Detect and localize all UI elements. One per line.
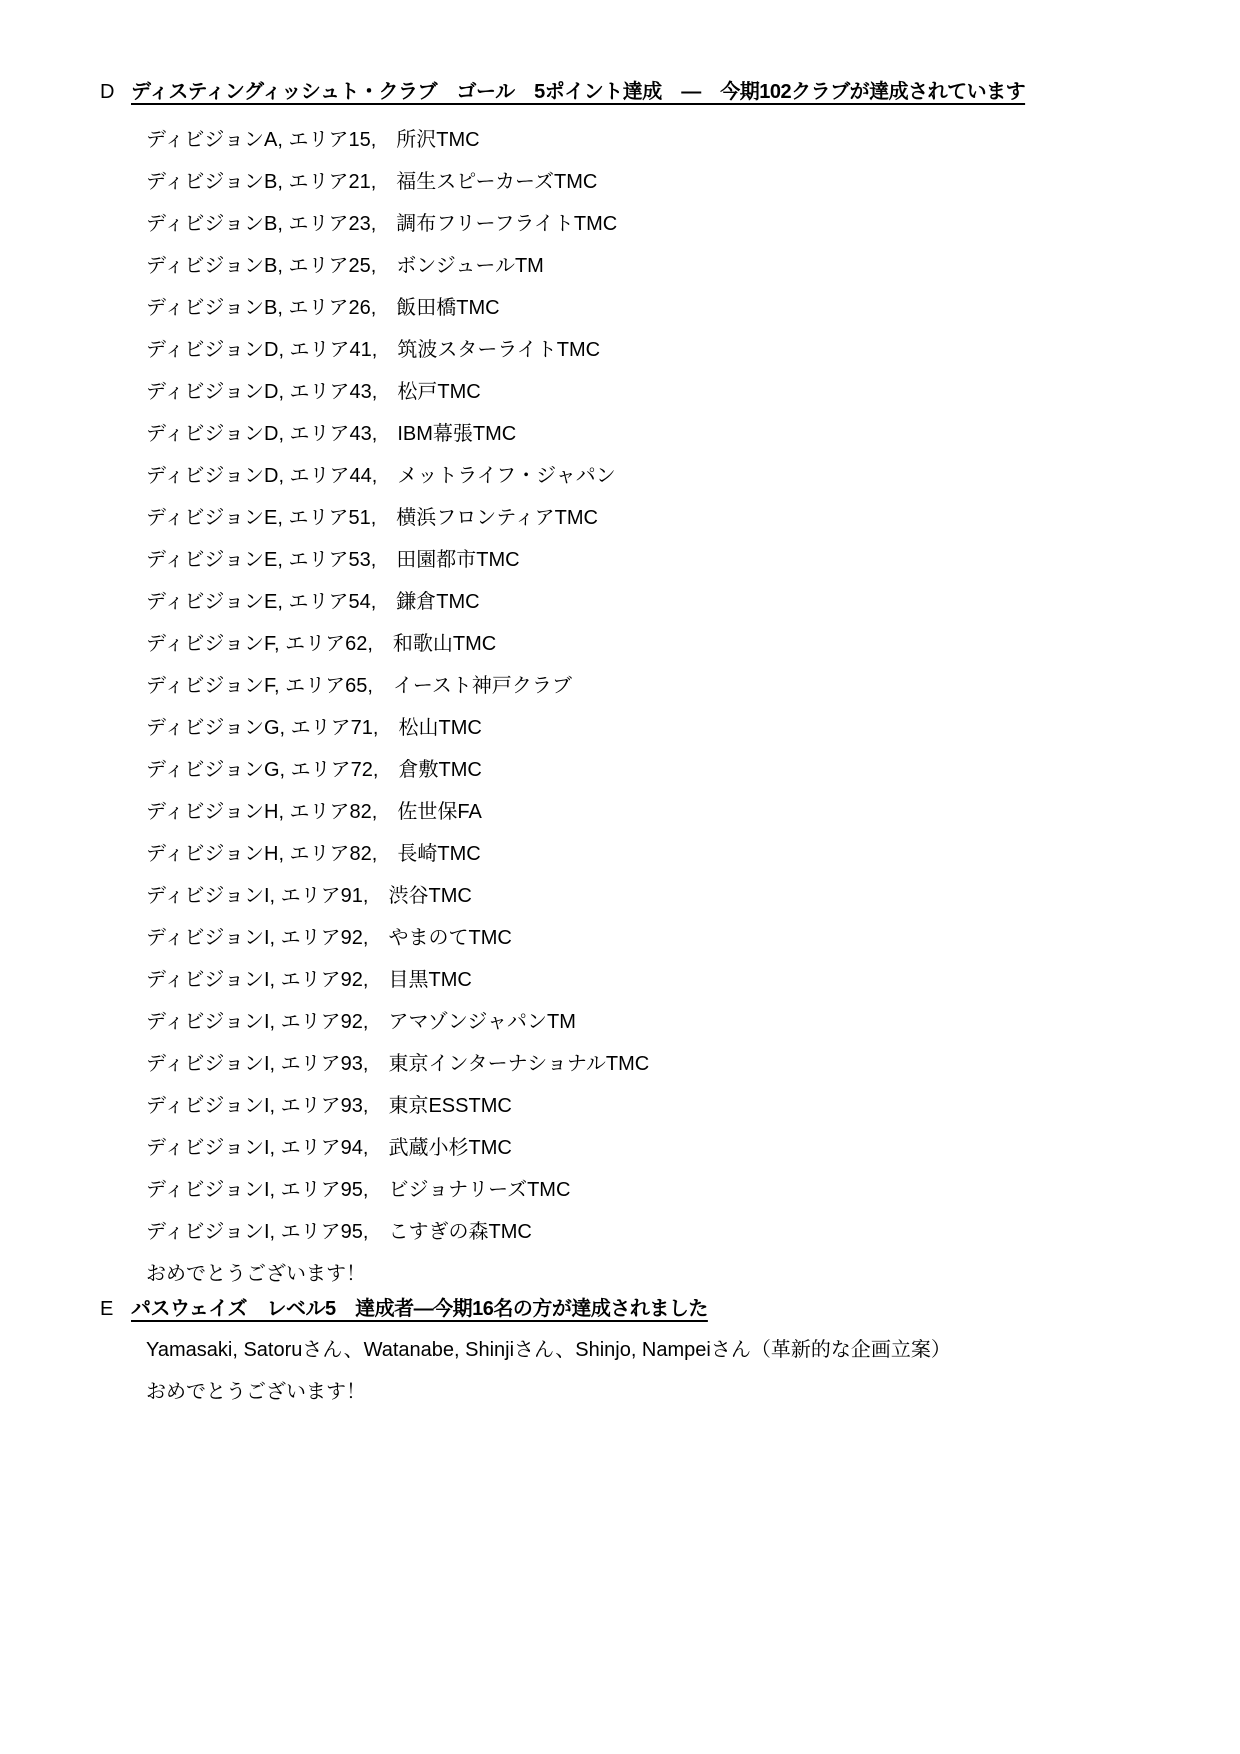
club-row: ディビジョンD, エリア41, 筑波スターライトTMC [146, 329, 1180, 371]
section-d-heading: D ディスティングィッシュト・クラブ ゴール 5ポイント達成 ― 今期102クラ… [100, 78, 1180, 106]
club-row: ディビジョンD, エリア44, メットライフ・ジャパン [146, 455, 1180, 497]
club-row: ディビジョンA, エリア15, 所沢TMC [146, 119, 1180, 161]
club-row: ディビジョンI, エリア92, アマゾンジャパンTM [146, 1001, 1180, 1043]
club-row: ディビジョンB, エリア25, ボンジュールTM [146, 245, 1180, 287]
document-page: D ディスティングィッシュト・クラブ ゴール 5ポイント達成 ― 今期102クラ… [0, 0, 1240, 1754]
club-row: ディビジョンH, エリア82, 長崎TMC [146, 833, 1180, 875]
section-d-title: ディスティングィッシュト・クラブ ゴール 5ポイント達成 ― 今期102クラブが… [131, 78, 1025, 106]
pathways-achievers: Yamasaki, Satoruさん、Watanabe, Shinjiさん、Sh… [146, 1329, 1180, 1371]
club-row: ディビジョンF, エリア62, 和歌山TMC [146, 623, 1180, 665]
section-e-title: パスウェイズ レベル5 達成者―今期16名の方が達成されました [131, 1295, 708, 1323]
club-row: ディビジョンG, エリア71, 松山TMC [146, 707, 1180, 749]
section-e: E パスウェイズ レベル5 達成者―今期16名の方が達成されました Yamasa… [100, 1295, 1180, 1413]
club-row: ディビジョンI, エリア93, 東京インターナショナルTMC [146, 1043, 1180, 1085]
club-row: ディビジョンI, エリア94, 武蔵小杉TMC [146, 1127, 1180, 1169]
section-d-label: D [100, 78, 131, 106]
club-list: ディビジョンA, エリア15, 所沢TMCディビジョンB, エリア21, 福生ス… [146, 119, 1180, 1253]
club-row: ディビジョンI, エリア92, やまのてTMC [146, 917, 1180, 959]
club-row: ディビジョンB, エリア21, 福生スピーカーズTMC [146, 161, 1180, 203]
section-e-congrats: おめでとうございます！ [146, 1371, 1180, 1413]
club-row: ディビジョンE, エリア53, 田園都市TMC [146, 539, 1180, 581]
club-row: ディビジョンD, エリア43, IBM幕張TMC [146, 413, 1180, 455]
club-row: ディビジョンB, エリア23, 調布フリーフライトTMC [146, 203, 1180, 245]
club-row: ディビジョンF, エリア65, イースト神戸クラブ [146, 665, 1180, 707]
club-row: ディビジョンG, エリア72, 倉敷TMC [146, 749, 1180, 791]
club-row: ディビジョンI, エリア95, こすぎの森TMC [146, 1211, 1180, 1253]
club-row: ディビジョンI, エリア92, 目黒TMC [146, 959, 1180, 1001]
section-d-congrats: おめでとうございます！ [146, 1253, 1180, 1295]
club-row: ディビジョンE, エリア51, 横浜フロンティアTMC [146, 497, 1180, 539]
club-row: ディビジョンI, エリア93, 東京ESSTMC [146, 1085, 1180, 1127]
club-row: ディビジョンH, エリア82, 佐世保FA [146, 791, 1180, 833]
club-row: ディビジョンI, エリア95, ビジョナリーズTMC [146, 1169, 1180, 1211]
section-e-label: E [100, 1295, 131, 1323]
club-row: ディビジョンB, エリア26, 飯田橋TMC [146, 287, 1180, 329]
club-row: ディビジョンI, エリア91, 渋谷TMC [146, 875, 1180, 917]
club-row: ディビジョンE, エリア54, 鎌倉TMC [146, 581, 1180, 623]
section-d: D ディスティングィッシュト・クラブ ゴール 5ポイント達成 ― 今期102クラ… [100, 78, 1180, 1295]
section-e-heading: E パスウェイズ レベル5 達成者―今期16名の方が達成されました [100, 1295, 1180, 1323]
club-row: ディビジョンD, エリア43, 松戸TMC [146, 371, 1180, 413]
